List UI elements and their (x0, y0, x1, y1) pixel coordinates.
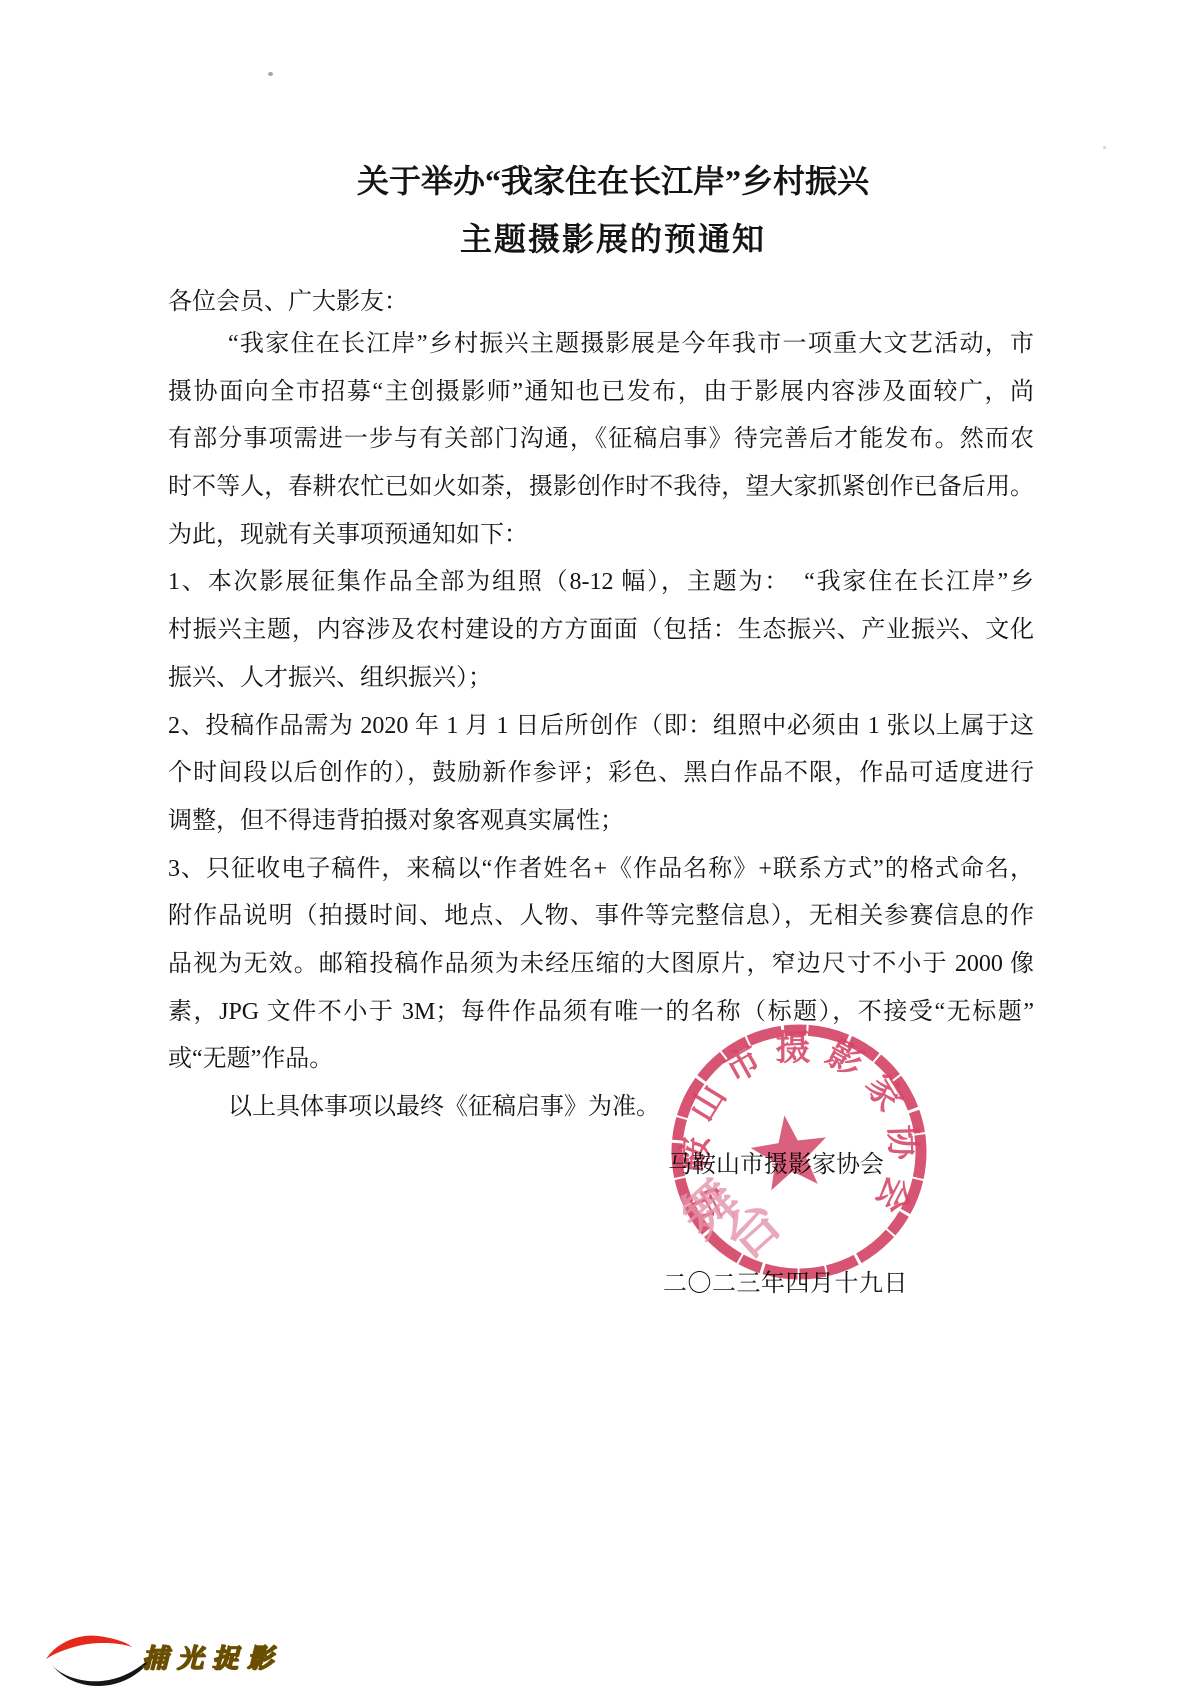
body-line-14: 品视为无效。邮箱投稿作品须为未经压缩的大图原片，窄边尺寸不小于 2000 像 (168, 941, 1034, 989)
body-line-6: 1、本次影展征集作品全部为组照（8-12 幅），主题为： “我家住在长江岸”乡 (168, 559, 1034, 607)
body-line-11: 调整，但不得违背拍摄对象客观真实属性； (168, 798, 1034, 846)
salutation: 各位会员、广大影友： (168, 287, 408, 317)
logo-red-swoosh-icon (46, 1636, 132, 1659)
document-title-line2: 主题摄影展的预通知 (180, 214, 1046, 260)
star-icon (747, 1110, 832, 1192)
scan-speck (1103, 146, 1106, 149)
body-line-2: 摄协面向全市招募“主创摄影师”通知也已发布，由于影展内容涉及面较广，尚 (168, 369, 1034, 417)
body-line-5: 为此，现就有关事项预通知如下： (168, 512, 1034, 560)
document-page: 关于举办“我家住在长江岸”乡村振兴 主题摄影展的预通知 各位会员、广大影友： “… (0, 0, 1200, 1702)
body-line-9: 2、投稿作品需为 2020 年 1 月 1 日后所创作（即：组照中必须由 1 张… (168, 703, 1034, 751)
body-line-1: “我家住在长江岸”乡村振兴主题摄影展是今年我市一项重大文艺活动，市 (168, 321, 1034, 369)
body-line-7: 村振兴主题，内容涉及农村建设的方方面面（包括：生态振兴、产业振兴、文化 (168, 607, 1034, 655)
official-seal-stamp: 马鞍山市摄影家协会 舞 台 (640, 990, 960, 1290)
body-line-8: 振兴、人才振兴、组织振兴）； (168, 655, 1034, 703)
watermark-text: 捕光捉影 (142, 1638, 282, 1675)
scan-speck (268, 72, 273, 76)
body-line-13: 附作品说明（拍摄时间、地点、人物、事件等完整信息），无相关参赛信息的作 (168, 893, 1034, 941)
logo-black-swoosh-icon (51, 1654, 154, 1686)
body-line-3: 有部分事项需进一步与有关部门沟通，《征稿启事》待完善后才能发布。然而农 (168, 416, 1034, 464)
document-title-line1: 关于举办“我家住在长江岸”乡村振兴 (180, 156, 1046, 202)
body-line-4: 时不等人，春耕农忙已如火如荼，摄影创作时不我待，望大家抓紧创作已备后用。 (168, 464, 1034, 512)
body-line-10: 个时间段以后创作的），鼓励新作参评；彩色、黑白作品不限，作品可适度进行 (168, 750, 1034, 798)
body-line-12: 3、只征收电子稿件，来稿以“作者姓名+《作品名称》+联系方式”的格式命名， (168, 846, 1034, 894)
